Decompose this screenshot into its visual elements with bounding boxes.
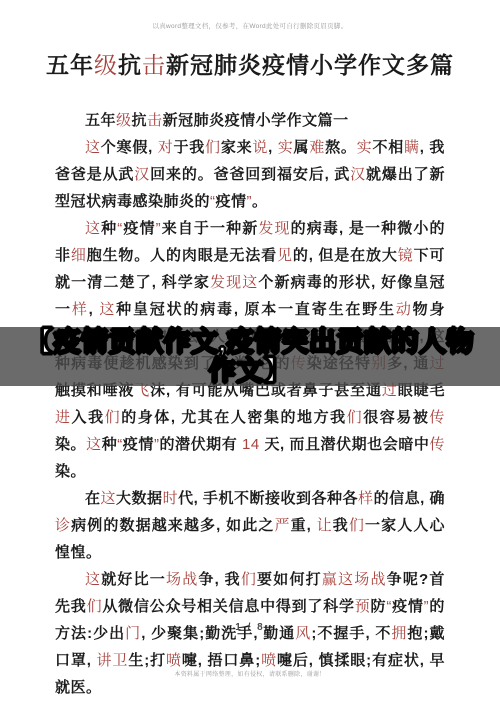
header-note: 以真word整理文档，仅参考，在Word此处可自行删除页眉页脚。 (0, 21, 500, 30)
paragraph-1: 这个寒假, 对于我们家来说, 实属难熬。实不相瞒, 我爸爸是从武汉回来的。爸爸回… (55, 134, 445, 215)
document-title: 五年级抗击新冠肺炎疫情小学作文多篇 (30, 47, 470, 80)
watermark-title: 【疫情贡献作文,疫情突出贡献的人物 作文】 (26, 328, 474, 386)
paragraph-3: 在这大数据时代, 手机不断接收到各种各样的信息, 确诊病例的数据越来越多, 如此… (55, 485, 445, 566)
document-page: 以真word整理文档，仅参考，在Word此处可自行删除页眉页脚。 五年级抗击新冠… (0, 0, 500, 707)
page-number: 1 / 8 (0, 622, 500, 633)
section-heading: 五年级抗击新冠肺炎疫情小学作文篇一 (55, 107, 445, 134)
paragraph-4: 这就好比一场战争, 我们要如何打赢这场战争呢?首先我们从微信公众号相关信息中得到… (55, 566, 445, 701)
watermark-title-line1: 【疫情贡献作文,疫情突出贡献的人物 (26, 327, 474, 357)
watermark-title-line2: 作文】 (209, 356, 292, 386)
watermark-banner: 【疫情贡献作文,疫情突出贡献的人物 作文】 (0, 327, 500, 386)
footer-note: 本资料属于网络整理，如有侵权，请联系删除，谢谢！ (0, 669, 500, 678)
document-body: 五年级抗击新冠肺炎疫情小学作文篇一 这个寒假, 对于我们家来说, 实属难熬。实不… (55, 107, 445, 701)
